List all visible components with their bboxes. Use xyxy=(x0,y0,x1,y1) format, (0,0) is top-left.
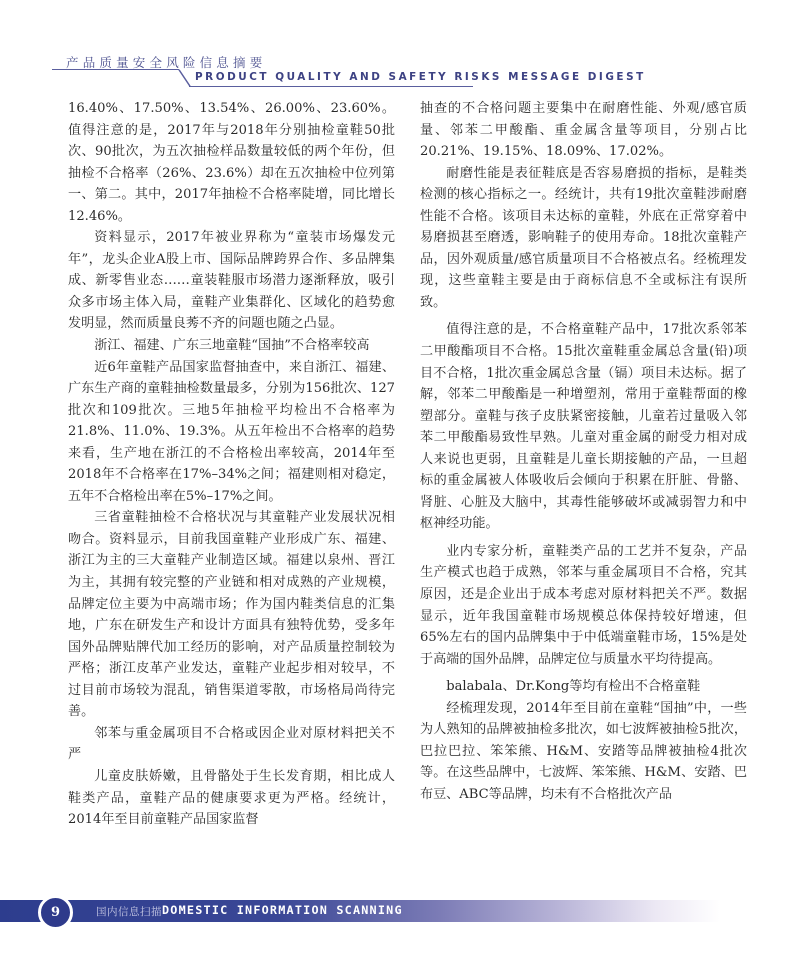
paragraph: 值得注意的是，不合格童鞋产品中，17批次系邻苯二甲酸酯项目不合格。15批次童鞋重… xyxy=(420,319,747,534)
paragraph: 三省童鞋抽检不合格状况与其童鞋产业发展状况相吻合。资料显示，目前我国童鞋产业形成… xyxy=(68,507,395,722)
section-heading: balabala、Dr.Kong等均有检出不合格童鞋 xyxy=(420,676,747,698)
paragraph: 抽查的不合格问题主要集中在耐磨性能、外观/感官质量、邻苯二甲酸酯、重金属含量等项… xyxy=(420,98,747,163)
header-rule-top xyxy=(52,69,179,70)
paragraph: 近6年童鞋产品国家监督抽查中，来自浙江、福建、广东生产商的童鞋抽检数量最多，分别… xyxy=(68,357,395,508)
section-label-en: DOMESTIC INFORMATION SCANNING xyxy=(162,903,403,917)
page-number-badge: 9 xyxy=(38,895,73,930)
article-column-right: 抽查的不合格问题主要集中在耐磨性能、外观/感官质量、邻苯二甲酸酯、重金属含量等项… xyxy=(420,98,747,806)
article-column-left: 16.40%、17.50%、13.54%、26.00%、23.60%。值得注意的… xyxy=(68,98,395,831)
section-heading: 浙江、福建、广东三地童鞋“国抽”不合格率较高 xyxy=(68,335,395,357)
paragraph: 经梳理发现，2014年至目前在童鞋“国抽”中，一些为人熟知的品牌被抽检多批次，如… xyxy=(420,698,747,806)
paragraph: 16.40%、17.50%、13.54%、26.00%、23.60%。值得注意的… xyxy=(68,98,395,227)
section-heading: 邻苯与重金属项目不合格或因企业对原材料把关不严 xyxy=(68,723,395,766)
paragraph: 资料显示，2017年被业界称为“童装市场爆发元年”，龙头企业A股上市、国际品牌跨… xyxy=(68,227,395,335)
paragraph: 儿童皮肤娇嫩，且骨骼处于生长发育期，相比成人鞋类产品，童鞋产品的健康要求更为严格… xyxy=(68,766,395,831)
section-label-cn: 国内信息扫描 xyxy=(96,904,162,919)
header-rule-bottom xyxy=(189,86,473,87)
paragraph: 业内专家分析，童鞋类产品的工艺并不复杂，产品生产模式也趋于成熟，邻苯与重金属项目… xyxy=(420,541,747,670)
magazine-title-en: PRODUCT QUALITY AND SAFETY RISKS MESSAGE… xyxy=(195,71,646,83)
paragraph: 耐磨性能是表征鞋底是否容易磨损的指标，是鞋类检测的核心指标之一。经统计，共有19… xyxy=(420,163,747,314)
